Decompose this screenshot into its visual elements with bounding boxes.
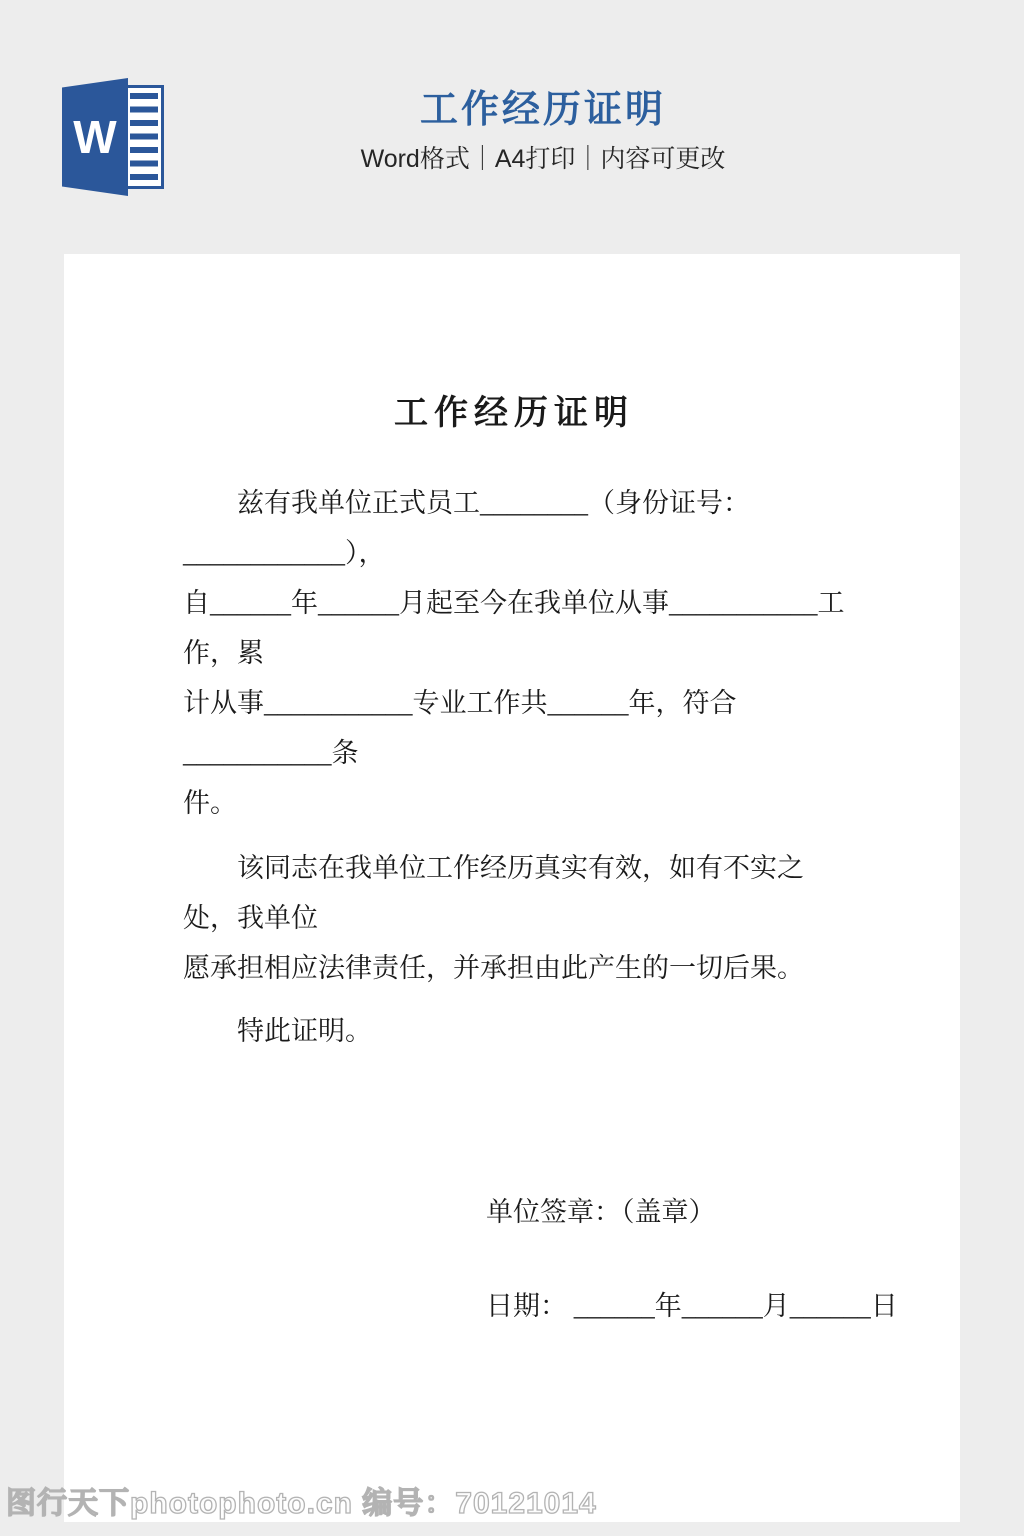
watermark-text: 图行天下photophoto.cn 编号：70121014 bbox=[6, 1488, 597, 1520]
doc-line: 计从事___________专业工作共______年，符合___________… bbox=[183, 678, 845, 778]
doc-line: 件。 bbox=[183, 778, 845, 828]
header-text: 工作经历证明 Word格式｜A4打印｜内容可更改 bbox=[62, 86, 1024, 174]
signature-line: 单位签章：（盖章） bbox=[183, 1195, 845, 1229]
paragraph-2: 该同志在我单位工作经历真实有效，如有不实之处，我单位 愿承担相应法律责任，并承担… bbox=[183, 843, 845, 993]
document-title: 工作经历证明 bbox=[183, 392, 845, 436]
template-title: 工作经历证明 bbox=[62, 86, 1024, 134]
paragraph-3: 特此证明。 bbox=[183, 1006, 845, 1056]
doc-line: 兹有我单位正式员工________（身份证号：____________）， bbox=[183, 478, 845, 578]
doc-line: 自______年______月起至今在我单位从事___________工作，累 bbox=[183, 578, 845, 678]
doc-line: 该同志在我单位工作经历真实有效，如有不实之处，我单位 bbox=[183, 843, 845, 943]
doc-line: 特此证明。 bbox=[183, 1006, 845, 1056]
header: W 工作经历证明 Word格式｜A4打印｜内容可更改 bbox=[0, 0, 1024, 254]
doc-line: 愿承担相应法律责任，并承担由此产生的一切后果。 bbox=[183, 943, 845, 993]
paragraph-1: 兹有我单位正式员工________（身份证号：____________）， 自_… bbox=[183, 478, 845, 828]
date-line: 日期： ______年______月______日 bbox=[183, 1289, 845, 1323]
document-page: 工作经历证明 兹有我单位正式员工________（身份证号：__________… bbox=[64, 254, 960, 1522]
template-subtitle: Word格式｜A4打印｜内容可更改 bbox=[62, 144, 1024, 174]
document-content: 工作经历证明 兹有我单位正式员工________（身份证号：__________… bbox=[64, 254, 960, 1323]
